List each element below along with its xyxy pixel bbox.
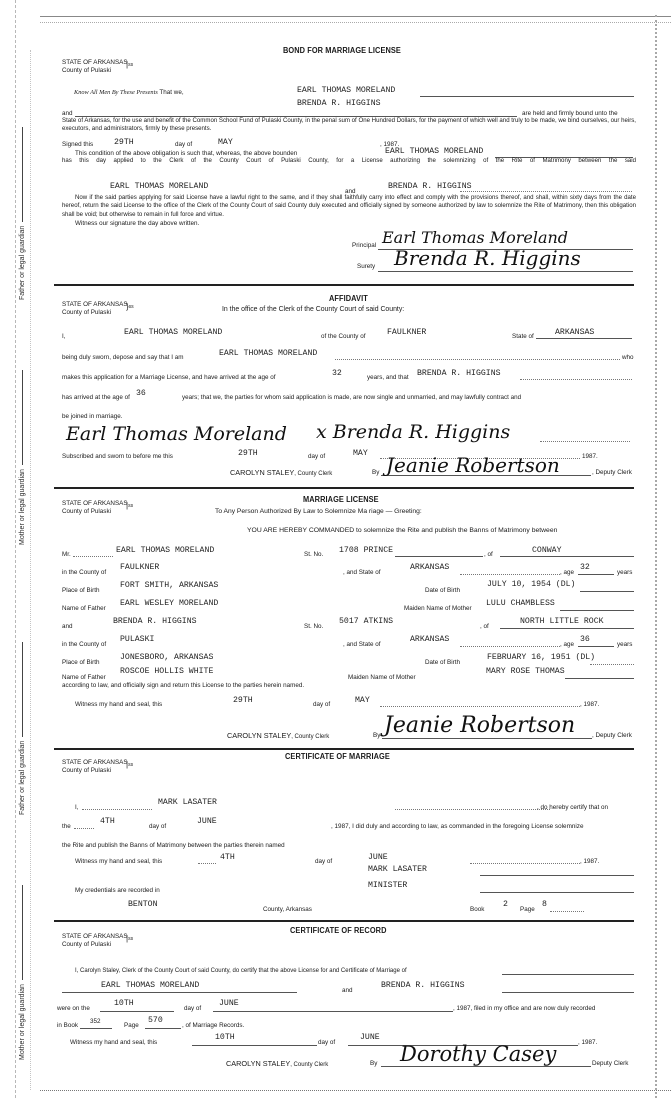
groom-father: EARL WESLEY MORELAND bbox=[120, 599, 218, 608]
bond-state-block: STATE OF ARKANSAS County of Pulaski |ss bbox=[62, 59, 128, 75]
certificate-record-title: CERTIFICATE OF RECORD bbox=[290, 925, 387, 935]
record-page: 570 bbox=[148, 1016, 163, 1025]
bond-condition: This condition of the above obligation i… bbox=[75, 150, 297, 157]
groom-state: ARKANSAS bbox=[410, 563, 449, 572]
affidavit-name: EARL THOMAS MORELAND bbox=[124, 328, 222, 337]
bond-witness: Witness our signature the day above writ… bbox=[75, 220, 199, 227]
cert-witness-month: JUNE bbox=[368, 853, 388, 862]
credentials-page: 8 bbox=[542, 900, 547, 909]
groom-name: EARL THOMAS MORELAND bbox=[116, 546, 214, 555]
scan-right-edge bbox=[655, 15, 657, 1098]
credentials-book: 2 bbox=[503, 900, 508, 909]
record-clerk: CAROLYN STALEY, County Clerk bbox=[226, 1059, 328, 1068]
bond-bounden-name: EARL THOMAS MORELAND bbox=[385, 147, 483, 156]
affidavit-deputy-signature: Jeanie Robertson bbox=[386, 453, 560, 477]
bride-city: NORTH LITTLE ROCK bbox=[520, 617, 604, 626]
affidavit-state-block: STATE OF ARKANSAS County of Pulaski }ss bbox=[62, 301, 128, 317]
section-divider bbox=[54, 284, 634, 286]
scan-left-edge bbox=[15, 0, 16, 1098]
bond-signed-day: 29TH bbox=[114, 138, 134, 147]
record-name-2: BRENDA R. HIGGINS bbox=[381, 981, 465, 990]
officiant-signature-name: MARK LASATER bbox=[368, 865, 427, 874]
license-command: YOU ARE HEREBY COMMANDED to solemnize th… bbox=[247, 527, 557, 534]
groom-county: FAULKNER bbox=[120, 563, 159, 572]
bride-father: ROSCOE HOLLIS WHITE bbox=[120, 667, 213, 676]
bond-paragraph-1: State of Arkansas, for the use and benef… bbox=[62, 117, 636, 134]
bond-applied: has this day applied to the Clerk of the… bbox=[62, 157, 636, 165]
record-deputy-signature: Dorothy Casey bbox=[400, 1042, 556, 1066]
affidavit-office-line: In the office of the Clerk of the County… bbox=[222, 306, 404, 313]
solemnized-day: 4TH bbox=[100, 817, 115, 826]
bond-surety-label: Surety bbox=[357, 263, 375, 270]
affidavit-state: ARKANSAS bbox=[555, 328, 594, 337]
principal-signature: Earl Thomas Moreland bbox=[382, 228, 568, 247]
affidavit-month: MAY bbox=[353, 449, 368, 458]
scan-bottom-edge bbox=[40, 1090, 671, 1091]
credentials-county: BENTON bbox=[128, 900, 157, 909]
license-day: 29TH bbox=[233, 696, 253, 705]
section-divider bbox=[54, 487, 634, 489]
section-divider bbox=[54, 748, 634, 750]
bond-title: BOND FOR MARRIAGE LICENSE bbox=[283, 45, 401, 55]
record-day: 10TH bbox=[114, 999, 134, 1008]
affidavit-bride-signature: x Brenda R. Higgins bbox=[316, 421, 510, 443]
groom-age: 32 bbox=[580, 563, 590, 572]
affidavit-title: AFFIDAVIT bbox=[329, 293, 368, 303]
affidavit-groom-signature: Earl Thomas Moreland bbox=[66, 423, 287, 445]
margin-father-guardian-2: Father or legal guardian bbox=[19, 642, 26, 815]
license-month: MAY bbox=[355, 696, 370, 705]
officiant-name: MARK LASATER bbox=[158, 798, 217, 807]
license-deputy-signature: Jeanie Robertson bbox=[384, 713, 575, 738]
bond-paragraph-2: Now if the said parties applying for sai… bbox=[62, 194, 636, 219]
affidavit-name-2: BRENDA R. HIGGINS bbox=[417, 369, 501, 378]
scan-top-edge-dotted bbox=[40, 22, 671, 23]
bond-principal-label: Principal bbox=[352, 242, 376, 249]
bride-state: ARKANSAS bbox=[410, 635, 449, 644]
record-month: JUNE bbox=[219, 999, 239, 1008]
affidavit-county: FAULKNER bbox=[387, 328, 426, 337]
groom-street: 1708 PRINCE bbox=[339, 546, 393, 555]
bride-name: BRENDA R. HIGGINS bbox=[113, 617, 197, 626]
bond-party-1: EARL THOMAS MORELAND bbox=[110, 182, 208, 191]
bond-surety-name: BRENDA R. HIGGINS bbox=[297, 99, 381, 108]
groom-birthplace: FORT SMITH, ARKANSAS bbox=[120, 581, 218, 590]
bond-party-2: BRENDA R. HIGGINS bbox=[388, 182, 472, 191]
affidavit-sworn-name: EARL THOMAS MORELAND bbox=[219, 349, 317, 358]
license-state-block: STATE OF ARKANSAS County of Pulaski |ss bbox=[62, 500, 128, 516]
bond-signed-month: MAY bbox=[218, 138, 233, 147]
bond-signed-this: Signed this bbox=[62, 141, 93, 148]
bride-county: PULASKI bbox=[120, 635, 154, 644]
scan-top-edge bbox=[40, 16, 671, 17]
margin-mother-guardian-1: Mother or legal guardian bbox=[19, 370, 26, 545]
groom-city: CONWAY bbox=[532, 546, 561, 555]
bride-street: 5017 ATKINS bbox=[339, 617, 393, 626]
record-witness-month: JUNE bbox=[360, 1033, 380, 1042]
surety-signature: Brenda R. Higgins bbox=[394, 246, 581, 270]
groom-dob: JULY 10, 1954 (DL) bbox=[487, 580, 575, 589]
bride-mother: MARY ROSE THOMAS bbox=[486, 667, 565, 676]
section-divider bbox=[54, 920, 634, 922]
bond-principal-name: EARL THOMAS MORELAND bbox=[297, 86, 395, 95]
license-greeting: To Any Person Authorized By Law to Solem… bbox=[215, 508, 422, 515]
certificate-record-state-block: STATE OF ARKANSAS County of Pulaski |ss bbox=[62, 933, 128, 949]
affidavit-clerk: CAROLYN STALEY, County Clerk bbox=[230, 468, 332, 477]
record-witness-day: 10TH bbox=[215, 1033, 235, 1042]
affidavit-age-1: 32 bbox=[332, 369, 342, 378]
groom-mother: LULU CHAMBLESS bbox=[486, 599, 555, 608]
scan-left-fold bbox=[30, 50, 31, 1090]
officiant-title: MINISTER bbox=[368, 881, 407, 890]
record-book: 352 bbox=[90, 1018, 101, 1025]
cert-witness-day: 4TH bbox=[220, 853, 235, 862]
bride-dob: FEBRUARY 16, 1951 (DL) bbox=[487, 653, 595, 662]
certificate-marriage-state-block: STATE OF ARKANSAS County of Pulaski |ss bbox=[62, 759, 128, 775]
license-according: according to law, and officially sign an… bbox=[62, 682, 304, 689]
margin-mother-guardian-2: Mother or legal guardian bbox=[19, 885, 26, 1060]
license-clerk: CAROLYN STALEY, County Clerk bbox=[227, 731, 329, 740]
record-intro: I, Carolyn Staley, Clerk of the County C… bbox=[75, 968, 407, 974]
bride-age: 36 bbox=[580, 635, 590, 644]
affidavit-day: 29TH bbox=[238, 449, 258, 458]
record-name-1: EARL THOMAS MORELAND bbox=[101, 981, 199, 990]
bride-birthplace: JONESBORO, ARKANSAS bbox=[120, 653, 213, 662]
license-title: MARRIAGE LICENSE bbox=[303, 494, 379, 504]
bond-know-all: Know All Men By These Presents That we, bbox=[74, 89, 184, 96]
margin-father-guardian-1: Father or legal guardian bbox=[19, 127, 26, 300]
bond-held-bound: are held and firmly bound unto the bbox=[522, 110, 618, 117]
bond-and-label: and bbox=[62, 110, 73, 117]
solemnized-month: JUNE bbox=[197, 817, 217, 826]
certificate-marriage-title: CERTIFICATE OF MARRIAGE bbox=[285, 751, 390, 761]
affidavit-age-2: 36 bbox=[136, 389, 146, 398]
